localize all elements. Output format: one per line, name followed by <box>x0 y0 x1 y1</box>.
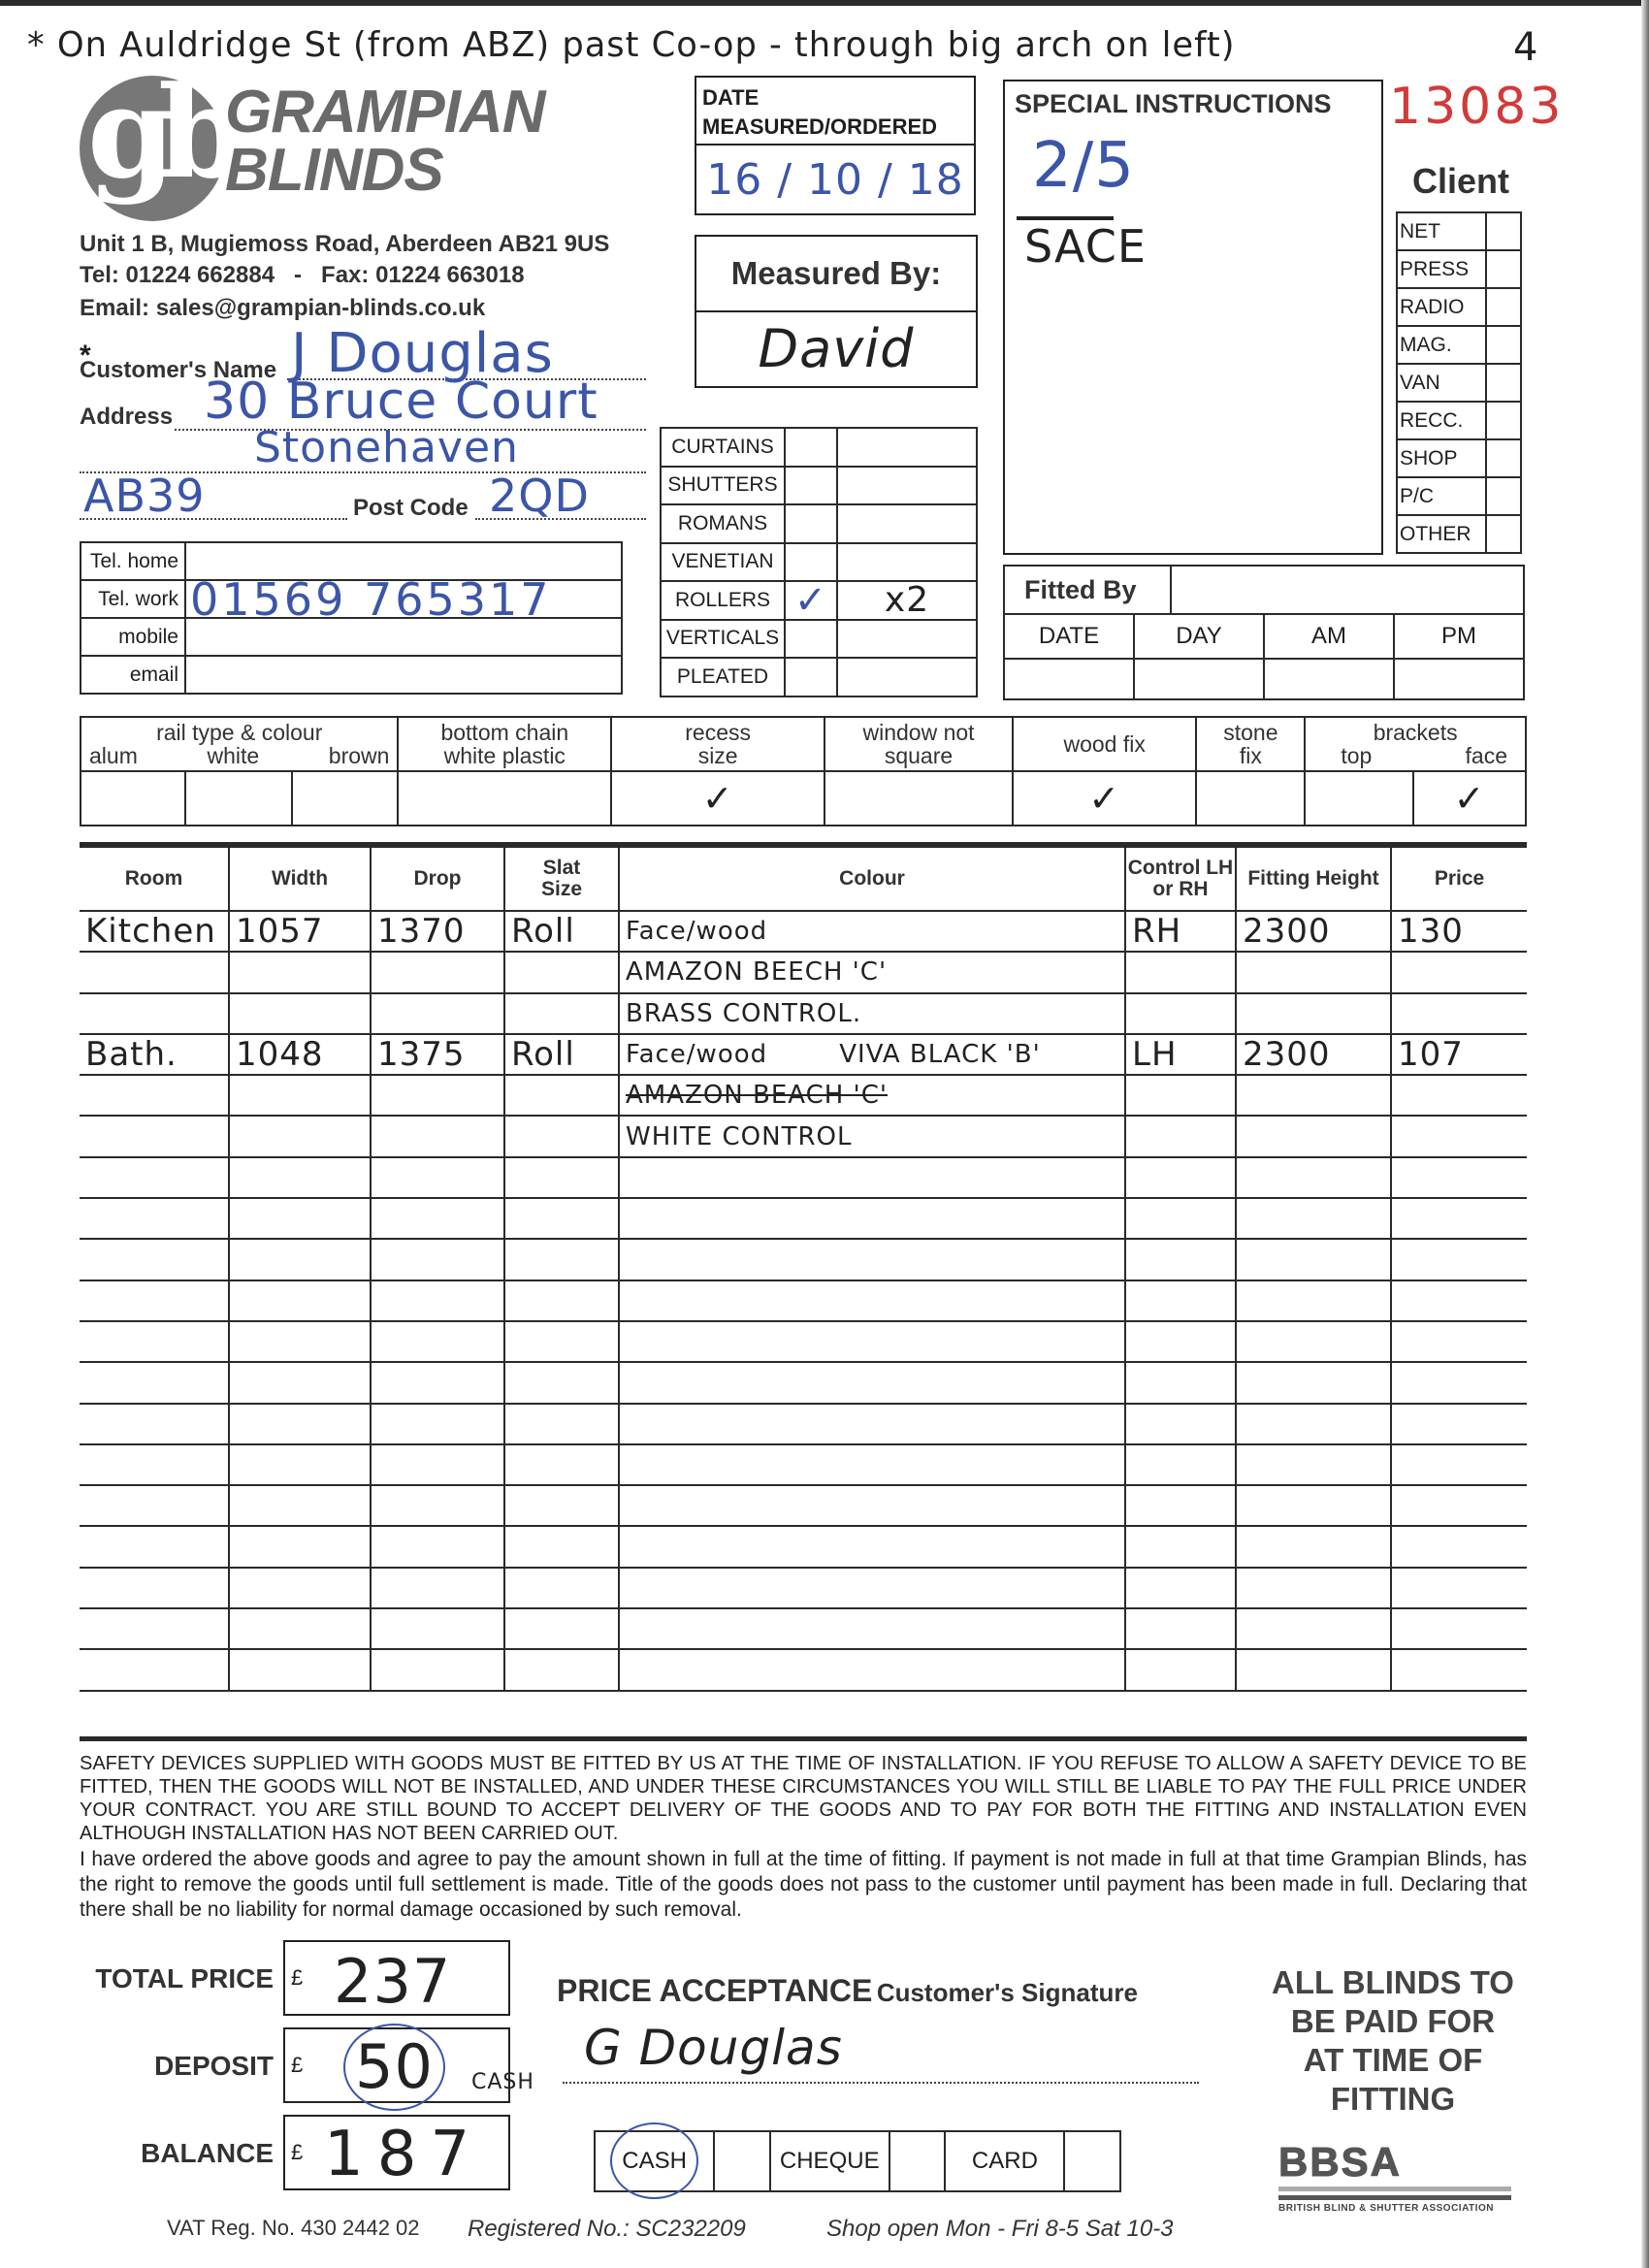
order-cell-control[interactable] <box>1125 952 1236 992</box>
product-checkbox[interactable] <box>785 658 837 697</box>
vat-number: VAT Reg. No. 430 2442 02 <box>167 2216 420 2241</box>
client-option-label: VAN <box>1397 364 1486 402</box>
product-checkbox[interactable]: ✓ <box>785 581 837 620</box>
order-cell-colour[interactable]: AMAZON BEACH 'C' <box>619 1075 1125 1116</box>
order-cell-colour[interactable]: BRASS CONTROL. <box>619 993 1125 1034</box>
order-cell-fitting[interactable] <box>1236 1198 1391 1239</box>
order-row <box>80 1608 1527 1649</box>
order-cell-colour[interactable] <box>619 1321 1125 1362</box>
deposit-payment-note: CASH <box>471 2070 534 2094</box>
order-cell-width[interactable] <box>229 1526 371 1567</box>
company-logo-initials: gb <box>87 58 229 207</box>
product-checkbox[interactable] <box>785 543 837 582</box>
order-row <box>80 1568 1527 1608</box>
order-cell-width[interactable] <box>229 1649 371 1690</box>
order-cell-price[interactable] <box>1391 1198 1527 1239</box>
brackets-face-check[interactable]: ✓ <box>1413 771 1526 826</box>
order-cell-price[interactable] <box>1391 1526 1527 1567</box>
product-label: SHUTTERS <box>661 467 785 505</box>
order-cell-colour[interactable] <box>619 1485 1125 1526</box>
order-cell-room[interactable] <box>80 1568 229 1608</box>
order-cell-slat[interactable]: Roll <box>504 1034 619 1075</box>
phone-label: Tel. home <box>81 542 185 580</box>
fitting-date-header: DATE <box>1004 614 1134 659</box>
order-cell-drop[interactable]: 1375 <box>371 1034 504 1075</box>
client-option-checkbox[interactable] <box>1486 439 1521 477</box>
order-cell-control[interactable] <box>1125 1116 1236 1156</box>
company-address: Unit 1 B, Mugiemoss Road, Aberdeen AB21 … <box>80 231 609 258</box>
order-row <box>80 1198 1527 1239</box>
order-row <box>80 1280 1527 1321</box>
order-cell-width[interactable] <box>229 1404 371 1444</box>
order-cell-drop[interactable] <box>371 993 504 1034</box>
order-row <box>80 1485 1527 1526</box>
order-cell-slat[interactable] <box>504 1198 619 1239</box>
notice-line4: FITTING <box>1238 2080 1548 2119</box>
order-cell-colour[interactable]: WHITE CONTROL <box>619 1116 1125 1156</box>
client-option-label: PRESS <box>1397 250 1486 288</box>
order-cell-drop[interactable] <box>371 1444 504 1485</box>
order-cell-fitting[interactable] <box>1236 1239 1391 1280</box>
order-cell-drop[interactable] <box>371 952 504 992</box>
order-cell-room[interactable] <box>80 1649 229 1690</box>
measured-by-box: Measured By: David <box>695 235 978 388</box>
product-checkbox[interactable] <box>785 504 837 543</box>
order-cell-colour[interactable] <box>619 1362 1125 1403</box>
order-cell-price[interactable] <box>1391 1608 1527 1649</box>
order-cell-slat[interactable] <box>504 952 619 992</box>
order-cell-fitting[interactable] <box>1236 1526 1391 1567</box>
order-cell-drop[interactable] <box>371 1526 504 1567</box>
order-cell-room[interactable] <box>80 952 229 992</box>
order-cell-colour[interactable] <box>619 1568 1125 1608</box>
order-cell-room[interactable] <box>80 1362 229 1403</box>
order-cell-control[interactable] <box>1125 1485 1236 1526</box>
order-cell-width[interactable] <box>229 993 371 1034</box>
order-cell-slat[interactable] <box>504 1568 619 1608</box>
wood-fix-check[interactable]: ✓ <box>1013 771 1196 826</box>
order-cell-width[interactable] <box>229 1239 371 1280</box>
order-cell-price[interactable] <box>1391 952 1527 992</box>
order-cell-width[interactable] <box>229 1362 371 1403</box>
order-cell-price[interactable] <box>1391 1321 1527 1362</box>
address-label: Address <box>80 404 173 431</box>
client-option-checkbox[interactable] <box>1486 250 1521 288</box>
order-table-bottom-rule <box>80 1736 1527 1741</box>
order-cell-drop[interactable] <box>371 1198 504 1239</box>
order-cell-drop[interactable] <box>371 1362 504 1403</box>
client-option-label: P/C <box>1397 477 1486 515</box>
deposit-currency: £ <box>291 2053 303 2078</box>
address-line2-field[interactable]: Stonehaven <box>80 431 646 473</box>
slat-size-header: Slat Size <box>504 847 619 911</box>
order-row: AMAZON BEECH 'C' <box>80 952 1527 992</box>
order-cell-price[interactable]: 130 <box>1391 911 1527 952</box>
colour-header: Colour <box>619 847 1125 911</box>
measured-by-label: Measured By: <box>696 237 976 312</box>
order-cell-price[interactable] <box>1391 1444 1527 1485</box>
fitted-by-field[interactable] <box>1171 566 1524 614</box>
order-cell-price[interactable] <box>1391 1404 1527 1444</box>
order-cell-fitting[interactable] <box>1236 1404 1391 1444</box>
order-cell-width[interactable] <box>229 1485 371 1526</box>
price-acceptance-label: PRICE ACCEPTANCE <box>557 1973 872 2008</box>
deposit-value: 50 <box>343 2024 445 2111</box>
order-cell-slat[interactable] <box>504 1116 619 1156</box>
order-cell-slat[interactable] <box>504 993 619 1034</box>
order-cell-price[interactable]: 107 <box>1391 1034 1527 1075</box>
order-row: BRASS CONTROL. <box>80 993 1527 1034</box>
special-instructions-line1[interactable]: 2/5 <box>1005 127 1381 205</box>
order-cell-colour[interactable] <box>619 1404 1125 1444</box>
client-option-checkbox[interactable] <box>1486 288 1521 326</box>
order-cell-fitting[interactable] <box>1236 1321 1391 1362</box>
product-row: PLEATED <box>661 658 977 697</box>
order-cell-room[interactable] <box>80 1526 229 1567</box>
order-cell-slat[interactable] <box>504 1649 619 1690</box>
postcode-label: Post Code <box>353 495 469 522</box>
order-cell-control[interactable] <box>1125 1404 1236 1444</box>
measured-by-value[interactable]: David <box>696 312 976 386</box>
order-cell-width[interactable] <box>229 1157 371 1198</box>
fitted-by-label: Fitted By <box>1004 566 1171 614</box>
brackets-top-label: top <box>1341 744 1372 767</box>
order-cell-control[interactable] <box>1125 1280 1236 1321</box>
product-label: VERTICALS <box>661 620 785 659</box>
company-email[interactable]: Email: sales@grampian-blinds.co.uk <box>80 295 485 322</box>
client-option-row: P/C <box>1397 477 1521 515</box>
payment-method-cheque[interactable]: CHEQUE <box>770 2131 889 2191</box>
date-measured-value[interactable]: 16 / 10 / 18 <box>696 146 974 205</box>
order-cell-control[interactable] <box>1125 1198 1236 1239</box>
order-row: Bath.10481375RollFace/wood VIVA BLACK 'B… <box>80 1034 1527 1075</box>
product-row: ROLLERS✓x2 <box>661 581 977 620</box>
order-cell-control[interactable]: RH <box>1125 911 1236 952</box>
order-cell-control[interactable] <box>1125 1362 1236 1403</box>
order-cell-price[interactable] <box>1391 1157 1527 1198</box>
order-cell-slat[interactable] <box>504 1608 619 1649</box>
fitting-options-grid: rail type & colour alum white brown bott… <box>80 716 1527 826</box>
product-row: VERTICALS <box>661 620 977 659</box>
stone-fix-check[interactable] <box>1196 771 1305 826</box>
order-cell-fitting[interactable] <box>1236 993 1391 1034</box>
order-cell-price[interactable] <box>1391 1280 1527 1321</box>
order-cell-slat[interactable] <box>504 1526 619 1567</box>
payment-notice: ALL BLINDS TO BE PAID FOR AT TIME OF FIT… <box>1238 1963 1548 2119</box>
order-cell-colour[interactable]: Face/wood VIVA BLACK 'B' <box>619 1034 1125 1075</box>
payment-method-checkbox[interactable] <box>714 2131 769 2191</box>
order-cell-slat[interactable] <box>504 1444 619 1485</box>
order-cell-width[interactable] <box>229 1568 371 1608</box>
order-cell-room[interactable] <box>80 1485 229 1526</box>
order-cell-room[interactable] <box>80 1321 229 1362</box>
total-currency: £ <box>291 1965 303 1991</box>
order-cell-colour[interactable] <box>619 1608 1125 1649</box>
order-cell-width[interactable]: 1048 <box>229 1034 371 1075</box>
fitting-am-field[interactable] <box>1264 659 1394 699</box>
order-cell-room[interactable] <box>80 1075 229 1116</box>
order-cell-colour[interactable] <box>619 1157 1125 1198</box>
client-option-row: NET <box>1397 212 1521 250</box>
order-cell-slat[interactable] <box>504 1075 619 1116</box>
order-cell-colour[interactable] <box>619 1198 1125 1239</box>
rail-brown-check[interactable] <box>292 771 399 826</box>
order-cell-colour[interactable]: AMAZON BEECH 'C' <box>619 952 1125 992</box>
product-row: VENETIAN <box>661 543 977 582</box>
fitting-date-field[interactable] <box>1004 659 1134 699</box>
order-cell-width[interactable] <box>229 1280 371 1321</box>
client-option-checkbox[interactable] <box>1486 326 1521 364</box>
order-cell-price[interactable] <box>1391 993 1527 1034</box>
order-cell-colour[interactable]: Face/wood <box>619 911 1125 952</box>
order-row <box>80 1239 1527 1280</box>
order-cell-control[interactable] <box>1125 1157 1236 1198</box>
order-cell-control[interactable] <box>1125 993 1236 1034</box>
product-quantity[interactable] <box>837 658 977 697</box>
order-cell-width[interactable] <box>229 952 371 992</box>
order-cell-fitting[interactable] <box>1236 1444 1391 1485</box>
client-option-checkbox[interactable] <box>1486 402 1521 439</box>
rail-alum-check[interactable] <box>81 771 185 826</box>
payment-method-cash[interactable]: CASH <box>595 2131 714 2191</box>
order-cell-room[interactable] <box>80 1116 229 1156</box>
product-checkbox[interactable] <box>785 467 837 505</box>
order-cell-fitting[interactable] <box>1236 1568 1391 1608</box>
balance-box[interactable]: £ 187 <box>283 2115 510 2190</box>
order-cell-control[interactable] <box>1125 1321 1236 1362</box>
page-number: 4 <box>1513 25 1538 70</box>
order-cell-price[interactable] <box>1391 1116 1527 1156</box>
order-cell-fitting[interactable] <box>1236 1485 1391 1526</box>
total-price-box[interactable]: £ 237 <box>283 1940 510 2016</box>
order-cell-control[interactable] <box>1125 1649 1236 1690</box>
order-cell-control[interactable] <box>1125 1239 1236 1280</box>
order-cell-slat[interactable] <box>504 1485 619 1526</box>
order-cell-width[interactable] <box>229 1198 371 1239</box>
order-cell-control[interactable]: LH <box>1125 1034 1236 1075</box>
client-option-row: RECC. <box>1397 402 1521 439</box>
order-cell-drop[interactable] <box>371 1116 504 1156</box>
rail-type-header: rail type & colour <box>81 721 397 744</box>
date-label-line1: DATE <box>702 83 968 113</box>
client-option-label: SHOP <box>1397 439 1486 477</box>
payment-method-table: CASHCHEQUECARD <box>594 2130 1121 2192</box>
company-phone: Tel: 01224 662884 - Fax: 01224 663018 <box>80 262 525 289</box>
product-quantity[interactable] <box>837 620 977 659</box>
order-cell-fitting[interactable]: 2300 <box>1236 911 1391 952</box>
window-not-square-check[interactable] <box>824 771 1013 826</box>
customer-signature-value: G Douglas <box>584 2020 843 2076</box>
postcode-field[interactable]: 2QD <box>475 475 646 520</box>
client-option-checkbox[interactable] <box>1486 212 1521 250</box>
client-option-label: MAG. <box>1397 326 1486 364</box>
order-cell-colour[interactable] <box>619 1280 1125 1321</box>
order-row <box>80 1321 1527 1362</box>
payment-method-checkbox[interactable] <box>889 2131 945 2191</box>
product-row: SHUTTERS <box>661 467 977 505</box>
order-cell-fitting[interactable] <box>1236 952 1391 992</box>
order-cell-drop[interactable] <box>371 1608 504 1649</box>
order-cell-colour[interactable] <box>619 1526 1125 1567</box>
order-cell-room[interactable] <box>80 1239 229 1280</box>
client-option-checkbox[interactable] <box>1486 364 1521 402</box>
payment-method-card[interactable]: CARD <box>945 2131 1064 2191</box>
brackets-top-check[interactable] <box>1305 771 1413 826</box>
scan-top-edge <box>0 0 1649 6</box>
order-row <box>80 1404 1527 1444</box>
order-cell-room[interactable] <box>80 1444 229 1485</box>
product-quantity[interactable] <box>837 504 977 543</box>
order-cell-price[interactable] <box>1391 1075 1527 1116</box>
phone-table: Tel. homeTel. work01569 765317mobileemai… <box>80 541 623 695</box>
payment-method-label: CASH <box>610 2122 698 2199</box>
order-cell-width[interactable] <box>229 1608 371 1649</box>
order-cell-control[interactable] <box>1125 1444 1236 1485</box>
product-label: CURTAINS <box>661 428 785 467</box>
order-cell-room[interactable] <box>80 993 229 1034</box>
order-cell-fitting[interactable] <box>1236 1116 1391 1156</box>
product-checkbox[interactable] <box>785 428 837 467</box>
fitting-pm-field[interactable] <box>1394 659 1524 699</box>
recess-size-check[interactable]: ✓ <box>611 771 824 826</box>
order-row <box>80 1444 1527 1485</box>
client-option-label: OTHER <box>1397 515 1486 553</box>
order-cell-fitting[interactable] <box>1236 1649 1391 1690</box>
rail-white-check[interactable] <box>185 771 292 826</box>
order-cell-control[interactable] <box>1125 1526 1236 1567</box>
order-cell-colour[interactable] <box>619 1239 1125 1280</box>
client-option-checkbox[interactable] <box>1486 477 1521 515</box>
product-label: PLEATED <box>661 658 785 697</box>
order-cell-room[interactable]: Kitchen <box>80 911 229 952</box>
order-cell-control[interactable] <box>1125 1075 1236 1116</box>
order-cell-fitting[interactable]: 2300 <box>1236 1034 1391 1075</box>
order-cell-price[interactable] <box>1391 1649 1527 1690</box>
product-checkbox[interactable] <box>785 620 837 659</box>
order-cell-drop[interactable] <box>371 1157 504 1198</box>
product-label: VENETIAN <box>661 543 785 582</box>
order-cell-colour[interactable] <box>619 1444 1125 1485</box>
bbsa-logo-text: BBSA <box>1278 2142 1511 2183</box>
client-option-row: VAN <box>1397 364 1521 402</box>
phone-value[interactable] <box>185 656 622 694</box>
phone-value[interactable]: 01569 765317 <box>185 580 622 618</box>
order-cell-width[interactable] <box>229 1116 371 1156</box>
order-cell-slat[interactable] <box>504 1321 619 1362</box>
order-cell-fitting[interactable] <box>1236 1280 1391 1321</box>
safety-terms: SAFETY DEVICES SUPPLIED WITH GOODS MUST … <box>80 1752 1527 1845</box>
order-cell-room[interactable]: Bath. <box>80 1034 229 1075</box>
address-line3-value: AB39 <box>83 470 206 522</box>
product-quantity[interactable]: x2 <box>837 581 977 620</box>
order-cell-slat[interactable] <box>504 1157 619 1198</box>
notice-line2: BE PAID FOR <box>1238 2002 1548 2041</box>
order-cell-slat[interactable] <box>504 1280 619 1321</box>
order-cell-drop[interactable] <box>371 1280 504 1321</box>
order-cell-room[interactable] <box>80 1404 229 1444</box>
order-cell-slat[interactable] <box>504 1362 619 1403</box>
product-row: ROMANS <box>661 504 977 543</box>
fitting-day-field[interactable] <box>1134 659 1264 699</box>
bottom-chain-header: bottom chain white plastic <box>398 717 611 771</box>
order-cell-room[interactable] <box>80 1157 229 1198</box>
client-option-label: RADIO <box>1397 288 1486 326</box>
order-cell-drop[interactable]: 1370 <box>371 911 504 952</box>
bottom-chain-check[interactable] <box>398 771 611 826</box>
order-cell-width[interactable] <box>229 1444 371 1485</box>
order-cell-price[interactable] <box>1391 1485 1527 1526</box>
client-option-row: PRESS <box>1397 250 1521 288</box>
phone-label: mobile <box>81 618 185 656</box>
order-cell-room[interactable] <box>80 1198 229 1239</box>
order-cell-fitting[interactable] <box>1236 1157 1391 1198</box>
order-cell-drop[interactable] <box>371 1075 504 1116</box>
order-cell-width[interactable]: 1057 <box>229 911 371 952</box>
order-cell-fitting[interactable] <box>1236 1362 1391 1403</box>
order-row: Kitchen10571370RollFace/woodRH2300130 <box>80 911 1527 952</box>
order-cell-slat[interactable] <box>504 1239 619 1280</box>
order-row <box>80 1649 1527 1690</box>
drop-header: Drop <box>371 847 504 911</box>
company-name-line2: BLINDS <box>225 136 443 205</box>
rail-white-label: white <box>207 744 259 767</box>
client-option-row: OTHER <box>1397 515 1521 553</box>
order-cell-room[interactable] <box>80 1280 229 1321</box>
order-cell-drop[interactable] <box>371 1404 504 1444</box>
order-cell-price[interactable] <box>1391 1362 1527 1403</box>
payment-method-checkbox[interactable] <box>1064 2131 1120 2191</box>
customer-signature-label: Customer's Signature <box>877 1978 1138 2007</box>
order-cell-fitting[interactable] <box>1236 1075 1391 1116</box>
order-cell-control[interactable] <box>1125 1568 1236 1608</box>
registered-number: Registered No.: SC232209 <box>468 2216 746 2243</box>
order-cell-fitting[interactable] <box>1236 1608 1391 1649</box>
order-cell-drop[interactable] <box>371 1485 504 1526</box>
product-quantity[interactable] <box>837 428 977 467</box>
product-quantity[interactable] <box>837 543 977 582</box>
payment-method-label: CARD <box>972 2148 1038 2174</box>
client-option-row: MAG. <box>1397 326 1521 364</box>
order-cell-drop[interactable] <box>371 1239 504 1280</box>
order-cell-drop[interactable] <box>371 1649 504 1690</box>
order-cell-width[interactable] <box>229 1321 371 1362</box>
special-instructions-line2[interactable]: SACE <box>1017 216 1114 273</box>
date-label-line2: MEASURED/ORDERED <box>702 113 968 142</box>
order-cell-price[interactable] <box>1391 1239 1527 1280</box>
order-cell-colour[interactable] <box>619 1649 1125 1690</box>
phone-row: Tel. work01569 765317 <box>81 580 622 618</box>
payment-method-label: CHEQUE <box>780 2148 880 2174</box>
order-cell-slat[interactable] <box>504 1404 619 1444</box>
order-cell-drop[interactable] <box>371 1321 504 1362</box>
client-source-table: NETPRESSRADIOMAG.VANRECC.SHOPP/COTHER <box>1396 211 1522 554</box>
customer-signature-field[interactable]: G Douglas <box>563 2035 1199 2084</box>
order-cell-room[interactable] <box>80 1608 229 1649</box>
brackets-face-label: face <box>1466 744 1507 767</box>
product-quantity[interactable] <box>837 467 977 505</box>
address-line3-field[interactable]: AB39 <box>80 475 347 520</box>
order-cell-width[interactable] <box>229 1075 371 1116</box>
price-header: Price <box>1391 847 1527 911</box>
client-option-label: NET <box>1397 212 1486 250</box>
order-cell-slat[interactable]: Roll <box>504 911 619 952</box>
client-option-checkbox[interactable] <box>1486 515 1521 553</box>
order-cell-control[interactable] <box>1125 1608 1236 1649</box>
order-cell-price[interactable] <box>1391 1568 1527 1608</box>
total-price-label: TOTAL PRICE <box>80 1963 274 1994</box>
client-option-label: RECC. <box>1397 402 1486 439</box>
order-cell-drop[interactable] <box>371 1568 504 1608</box>
